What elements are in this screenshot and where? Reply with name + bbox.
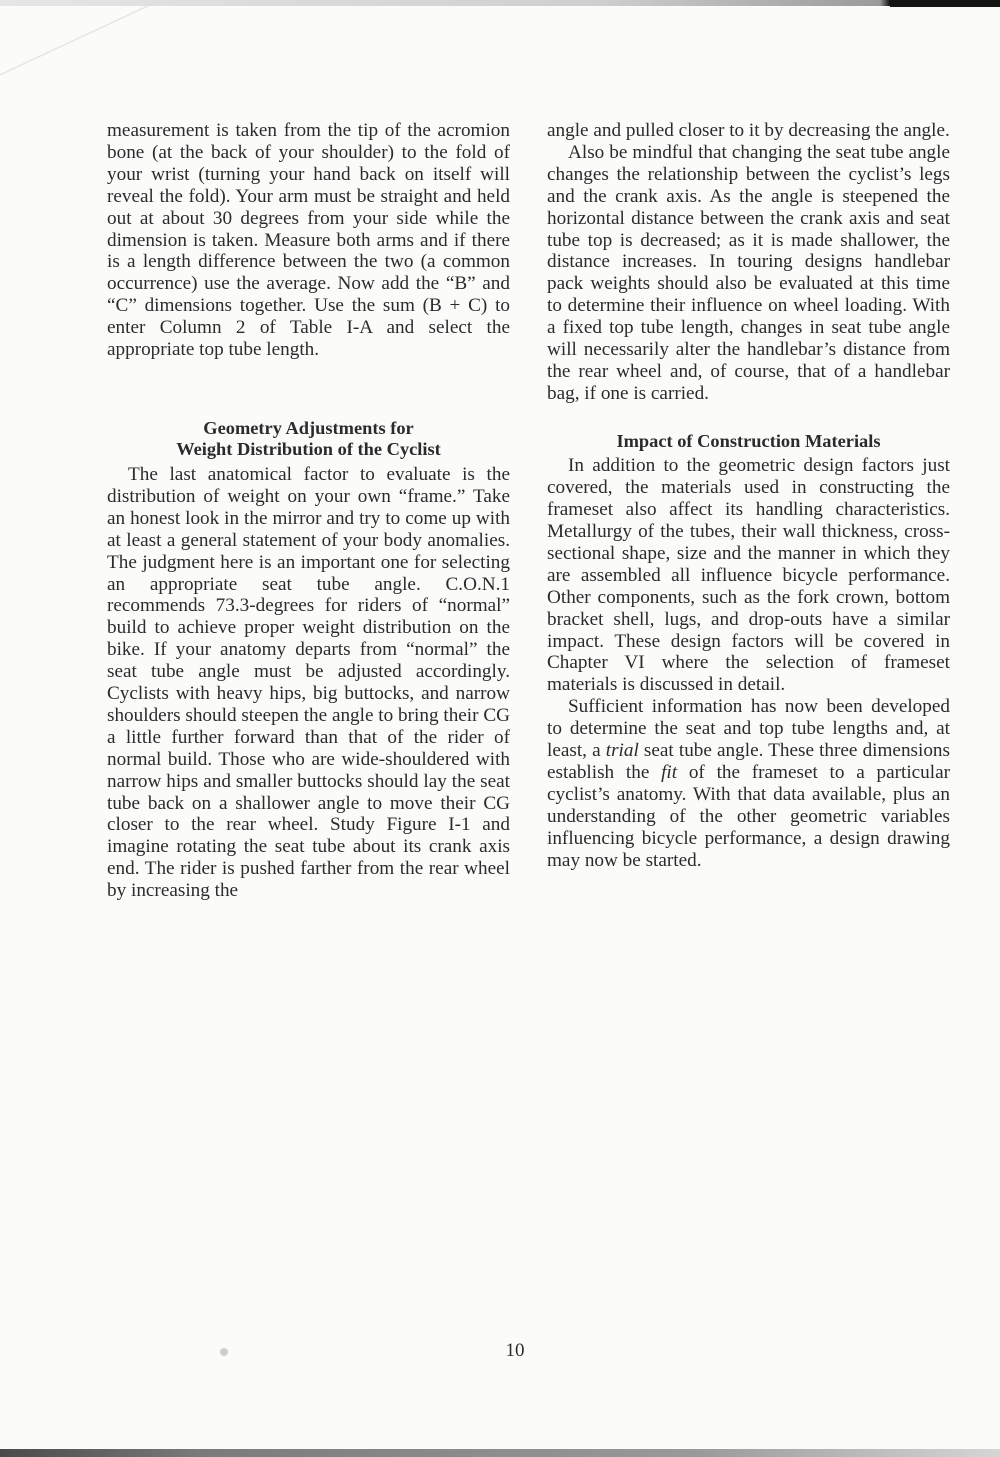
scan-dark-corner [890,0,1000,7]
heading-line-1: Geometry Adjustments for [203,418,413,438]
paragraph-weight-distribution: The last anatomical factor to evaluate i… [107,464,510,902]
paragraph-materials: In addition to the geometric design fact… [547,455,950,696]
italic-fit: fit [661,762,677,783]
paragraph-arm-measurement: measurement is taken from the tip of the… [107,120,510,361]
section-heading-geometry-adjustments: Geometry Adjustments for Weight Distribu… [107,418,510,461]
paper-fold-line [0,0,160,75]
paragraph-angle-continuation: angle and pulled closer to it by decreas… [547,120,950,142]
section-heading-construction-materials: Impact of Construction Materials [547,431,950,453]
paragraph-sufficient-information: Sufficient information has now been deve… [547,696,950,871]
italic-trial: trial [606,740,639,761]
page-number: 10 [0,1340,1000,1362]
paragraph-seat-tube-angle: Also be mindful that changing the seat t… [547,142,950,405]
left-column: measurement is taken from the tip of the… [107,120,510,902]
scan-bottom-edge [0,1449,1000,1457]
heading-line-2: Weight Distribution of the Cyclist [176,439,441,459]
right-column: angle and pulled closer to it by decreas… [547,120,950,872]
